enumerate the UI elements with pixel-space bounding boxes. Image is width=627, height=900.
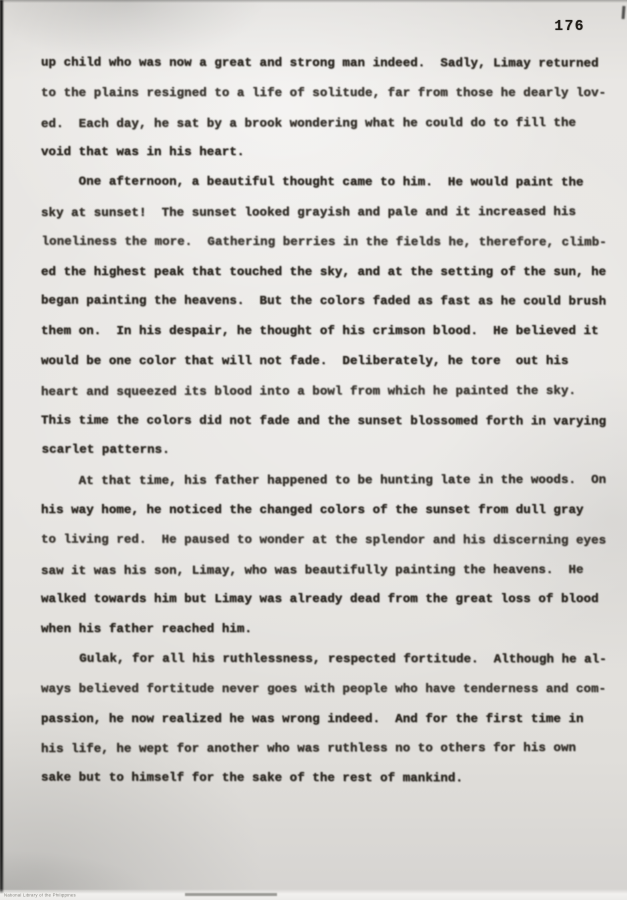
text-line: his life, he wept for another who was ru… — [41, 734, 616, 765]
page-number: 176 — [554, 19, 585, 35]
text-line: passion, he now realized he was wrong in… — [41, 705, 616, 735]
text-line: ways believed fortitude never goes with … — [41, 675, 616, 705]
page-body-text: up child who was now a great and strong … — [41, 49, 616, 794]
text-line: them on. In his despair, he thought of h… — [41, 317, 616, 347]
footer-microtext-secondary — [185, 893, 277, 896]
text-line: void that was in his heart. — [41, 138, 616, 168]
text-line: began painting the heavens. But the colo… — [41, 287, 616, 318]
text-line: loneliness the more. Gathering berries i… — [42, 227, 617, 258]
text-line: Gulak, for all his ruthlessness, respect… — [42, 645, 617, 676]
text-line: heart and squeezed its blood into a bowl… — [41, 377, 616, 408]
text-line: ed. Each day, he sat by a brook wonderin… — [41, 108, 616, 139]
text-line: ed the highest peak that touched the sky… — [41, 258, 616, 288]
text-line: to the plains resigned to a life of soli… — [41, 79, 616, 109]
text-line: sky at sunset! The sunset looked grayish… — [41, 198, 616, 229]
text-line: to living red. He paused to wonder at th… — [41, 525, 616, 556]
scan-footer-strip: National Library of the Philippines — [0, 889, 627, 900]
text-line: One afternoon, a beautiful thought came … — [41, 168, 616, 199]
text-line: walked towards him but Limay was already… — [41, 585, 616, 615]
text-line: This time the colors did not fade and th… — [41, 406, 616, 437]
scan-smudge — [0, 850, 150, 890]
library-stamp-microtext: National Library of the Philippines — [4, 894, 76, 898]
text-line: sake but to himself for the sake of the … — [41, 764, 616, 795]
text-line: his way home, he noticed the changed col… — [41, 496, 616, 526]
scan-mark-top-right — [622, 6, 626, 19]
scanned-page: 176 up child who was now a great and str… — [0, 0, 627, 900]
scan-edge-left — [0, 0, 4, 900]
text-line: saw it was his son, Limay, who was beaut… — [41, 555, 616, 586]
text-line: scarlet patterns. — [42, 436, 617, 467]
text-line: when his father reached him. — [41, 615, 616, 645]
text-line: up child who was now a great and strong … — [41, 48, 616, 79]
text-line: At that time, his father happened to be … — [41, 466, 616, 497]
scan-edge-top — [0, 0, 627, 3]
text-line: would be one color that will not fade. D… — [41, 347, 616, 377]
